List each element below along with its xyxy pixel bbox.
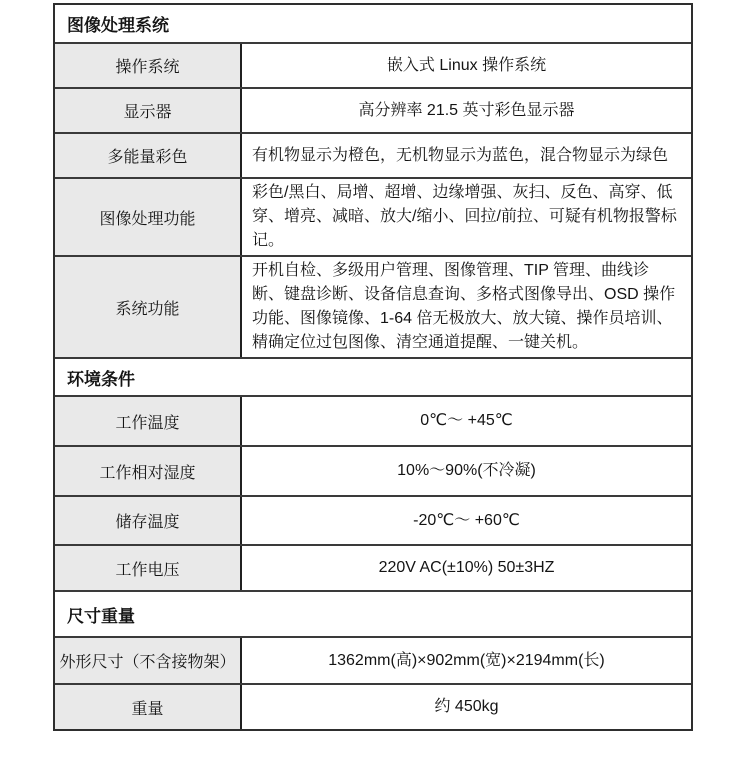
- row-value: 有机物显示为橙色，无机物显示为蓝色，混合物显示为绿色: [242, 134, 691, 177]
- row-label: 储存温度: [55, 497, 242, 544]
- row-value: 0℃～ +45℃: [242, 397, 691, 445]
- spec-row-weight: 重量 约 450kg: [55, 683, 691, 729]
- spec-row-display: 显示器 高分辨率 21.5 英寸彩色显示器: [55, 87, 691, 132]
- row-label: 图像处理功能: [55, 179, 242, 255]
- row-value: 1362mm(高)×902mm(宽)×2194mm(长): [242, 638, 691, 683]
- row-label: 重量: [55, 685, 242, 729]
- row-value: 220V AC(±10%) 50±3HZ: [242, 546, 691, 590]
- row-label: 外形尺寸（不含接物架）: [55, 638, 242, 683]
- spec-row-image-processing-functions: 图像处理功能 彩色/黑白、局增、超增、边缘增强、灰扫、反色、高穿、低穿、增亮、减…: [55, 177, 691, 255]
- row-value: 约 450kg: [242, 685, 691, 729]
- section-header-dimensions-weight: 尺寸重量: [55, 590, 691, 636]
- row-label: 操作系统: [55, 44, 242, 87]
- section-header-environmental-conditions: 环境条件: [55, 357, 691, 395]
- spec-row-working-temperature: 工作温度 0℃～ +45℃: [55, 395, 691, 445]
- row-label: 工作温度: [55, 397, 242, 445]
- row-value: 嵌入式 Linux 操作系统: [242, 44, 691, 87]
- row-label: 显示器: [55, 89, 242, 132]
- row-label: 多能量彩色: [55, 134, 242, 177]
- spec-table: 图像处理系统 操作系统 嵌入式 Linux 操作系统 显示器 高分辨率 21.5…: [53, 3, 693, 731]
- spec-row-system-functions: 系统功能 开机自检、多级用户管理、图像管理、TIP 管理、曲线诊断、键盘诊断、设…: [55, 255, 691, 357]
- row-value: 彩色/黑白、局增、超增、边缘增强、灰扫、反色、高穿、低穿、增亮、减暗、放大/缩小…: [242, 179, 691, 255]
- spec-row-working-relative-humidity: 工作相对湿度 10%～90%(不冷凝): [55, 445, 691, 495]
- spec-row-working-voltage: 工作电压 220V AC(±10%) 50±3HZ: [55, 544, 691, 590]
- row-label: 系统功能: [55, 257, 242, 357]
- section-title: 图像处理系统: [67, 11, 169, 36]
- row-value: 开机自检、多级用户管理、图像管理、TIP 管理、曲线诊断、键盘诊断、设备信息查询…: [242, 257, 691, 357]
- section-title: 环境条件: [67, 365, 135, 390]
- row-label: 工作相对湿度: [55, 447, 242, 495]
- section-header-image-processing-system: 图像处理系统: [55, 5, 691, 42]
- row-value: 高分辨率 21.5 英寸彩色显示器: [242, 89, 691, 132]
- spec-row-outer-dimensions: 外形尺寸（不含接物架） 1362mm(高)×902mm(宽)×2194mm(长): [55, 636, 691, 683]
- spec-row-storage-temperature: 储存温度 -20℃～ +60℃: [55, 495, 691, 544]
- section-title: 尺寸重量: [67, 602, 135, 627]
- row-label: 工作电压: [55, 546, 242, 590]
- spec-row-multi-energy-color: 多能量彩色 有机物显示为橙色，无机物显示为蓝色，混合物显示为绿色: [55, 132, 691, 177]
- row-value: -20℃～ +60℃: [242, 497, 691, 544]
- spec-row-operating-system: 操作系统 嵌入式 Linux 操作系统: [55, 42, 691, 87]
- row-value: 10%～90%(不冷凝): [242, 447, 691, 495]
